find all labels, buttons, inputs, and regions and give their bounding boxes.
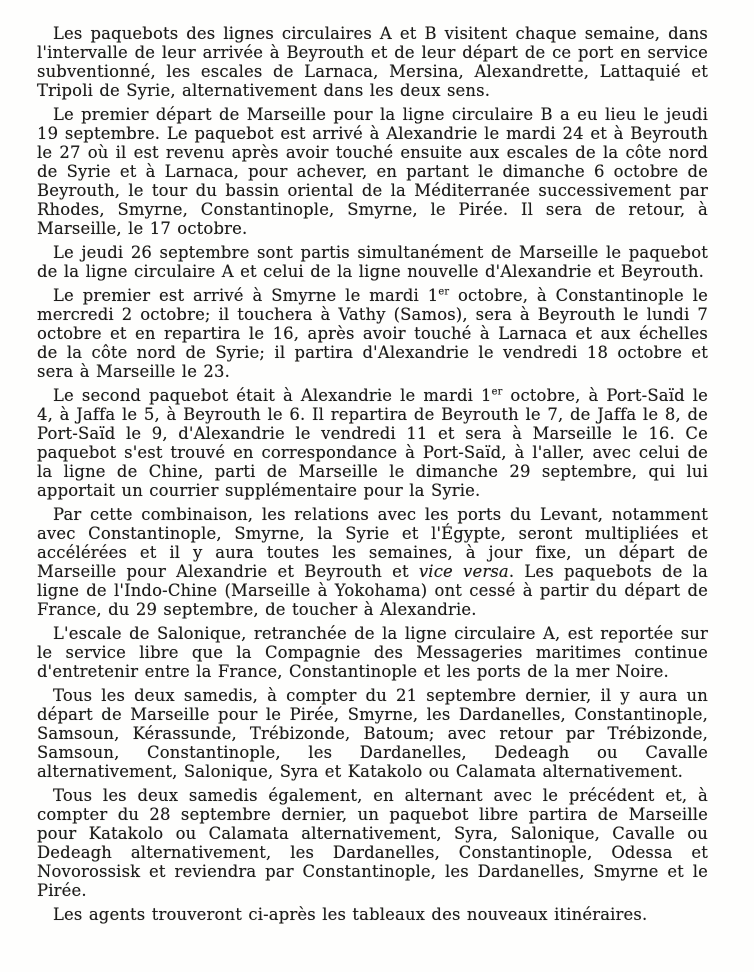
paragraph: Par cette combinaison, les relations ave… xyxy=(37,505,708,619)
paragraph: Le second paquebot était à Alexandrie le… xyxy=(37,386,708,500)
text-segment: L'escale de Salonique, retranchée de la … xyxy=(37,624,708,681)
text-segment: Tous les deux samedis également, en alte… xyxy=(37,786,708,900)
paragraph: Le jeudi 26 septembre sont partis simult… xyxy=(37,243,708,281)
document-page: Les paquebots des lignes circulaires A e… xyxy=(0,0,754,972)
text-segment: Les paquebots des lignes circulaires A e… xyxy=(37,24,708,100)
text-segment: Le premier départ de Marseille pour la l… xyxy=(37,105,708,238)
paragraph: Les paquebots des lignes circulaires A e… xyxy=(37,24,708,100)
paragraph: Tous les deux samedis, à compter du 21 s… xyxy=(37,686,708,781)
paragraph: Les agents trouveront ci-après les table… xyxy=(37,905,708,924)
text-segment: Le second paquebot était à Alexandrie le… xyxy=(53,386,492,405)
paragraph: Tous les deux samedis également, en alte… xyxy=(37,786,708,900)
paragraph: Le premier est arrivé à Smyrne le mardi … xyxy=(37,286,708,381)
paragraph: L'escale de Salonique, retranchée de la … xyxy=(37,624,708,681)
text-segment: er xyxy=(438,287,449,298)
text-segment: Le jeudi 26 septembre sont partis simult… xyxy=(37,243,708,281)
document-text: Les paquebots des lignes circulaires A e… xyxy=(37,24,708,924)
text-segment: Les agents trouveront ci-après les table… xyxy=(53,905,647,924)
text-segment: er xyxy=(492,387,503,398)
paragraph: Le premier départ de Marseille pour la l… xyxy=(37,105,708,238)
text-segment: Le premier est arrivé à Smyrne le mardi … xyxy=(53,286,438,305)
text-segment: vice versa xyxy=(419,562,509,581)
text-segment: Tous les deux samedis, à compter du 21 s… xyxy=(37,686,708,781)
